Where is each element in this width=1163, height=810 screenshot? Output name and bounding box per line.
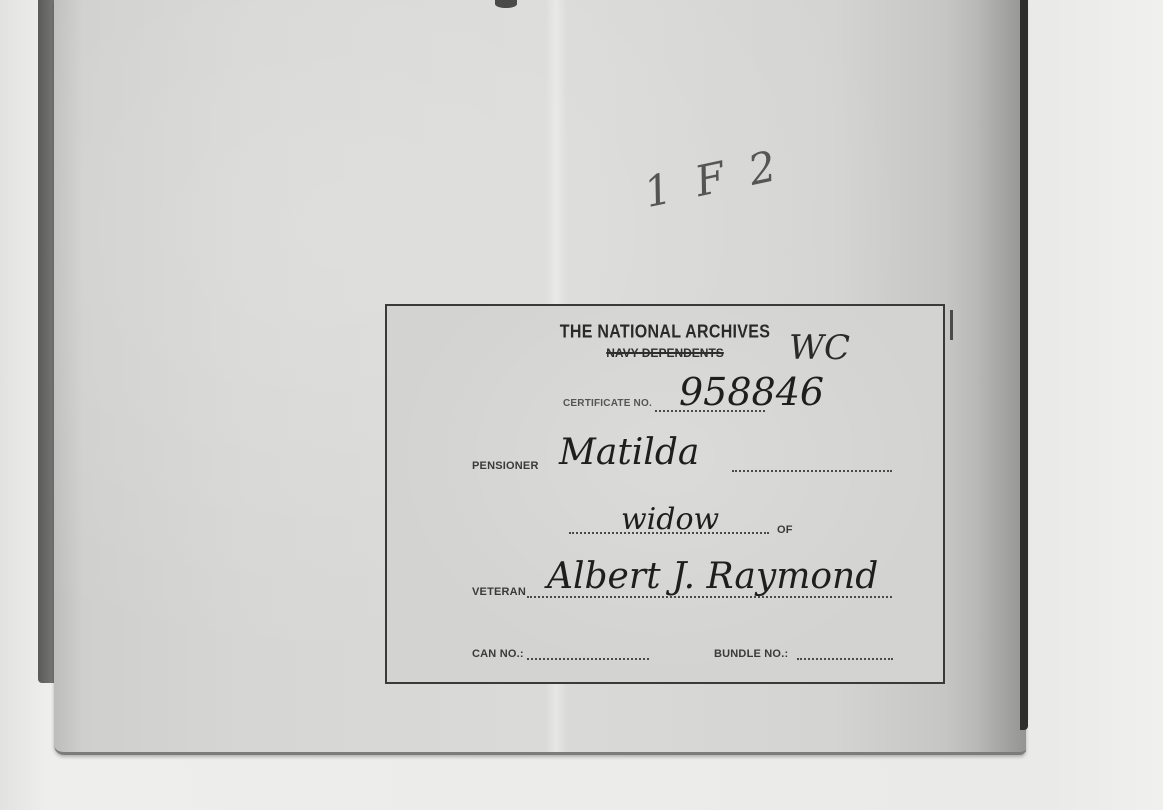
pensioner-dotted-line [732,470,892,472]
certificate-label: CERTIFICATE NO. [563,398,652,409]
can-label: CAN NO.: [472,648,524,660]
top-clip-mark [495,0,517,8]
folder-shadow [946,0,1026,752]
certificate-number: 958846 [679,370,824,414]
label-side-mark [950,310,953,340]
pensioner-name: Matilda [559,432,699,473]
can-dotted-line [527,658,649,660]
relation: widow [621,502,719,537]
struck-subtitle: NAVY DEPENDENTS [387,346,943,360]
veteran-label: VETERAN [472,586,526,598]
veteran-name: Albert J. Raymond [547,556,878,597]
label-title: THE NATIONAL ARCHIVES [387,323,943,344]
folder-right-edge [1020,0,1028,730]
of-label: OF [777,524,793,536]
bundle-label: BUNDLE NO.: [714,648,788,660]
wc-annotation: WC [789,328,850,368]
bundle-dotted-line [797,658,893,660]
archives-label: THE NATIONAL ARCHIVES NAVY DEPENDENTS WC… [385,304,945,684]
pensioner-label: PENSIONER [472,460,539,472]
